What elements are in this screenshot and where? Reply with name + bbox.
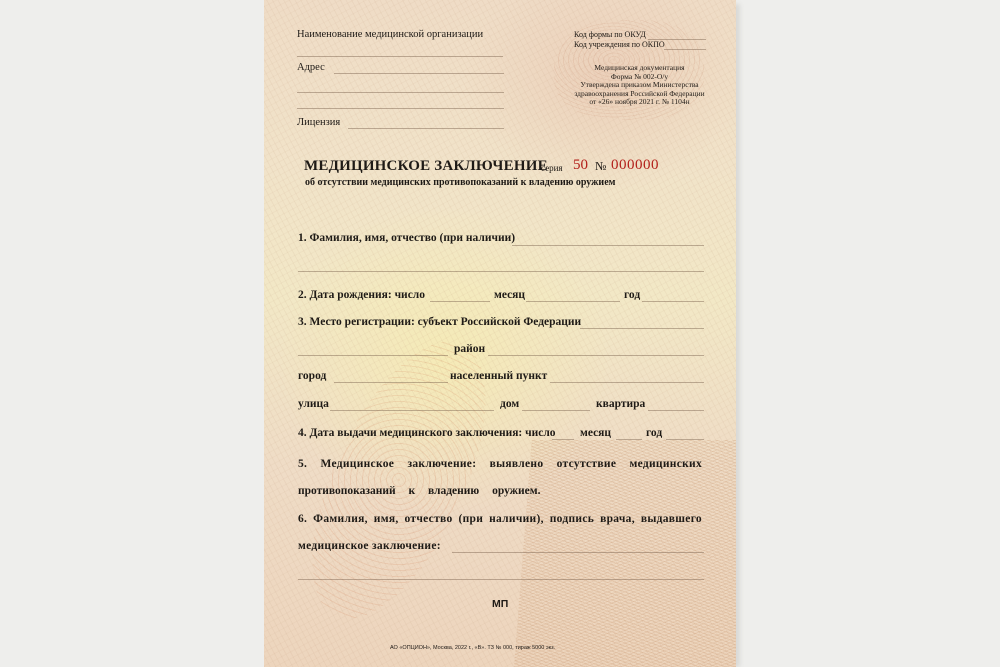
- printer-imprint: АО «ОПЦИОН», Москва, 2022 г., «В». ТЗ № …: [390, 645, 555, 651]
- issue-year-label: год: [646, 427, 662, 439]
- full-name-line-2[interactable]: [298, 271, 704, 272]
- document-title: МЕДИЦИНСКОЕ ЗАКЛЮЧЕНИЕ: [304, 158, 548, 175]
- document-subtitle: об отсутствии медицинских противопоказан…: [305, 177, 615, 188]
- address-label: Адрес: [297, 62, 325, 73]
- field-5-line-2: противопоказаний к владению оружием.: [298, 485, 540, 497]
- issue-month-label: месяц: [580, 427, 611, 439]
- stamp-placeholder: МП: [492, 598, 508, 610]
- settlement-label: населенный пункт: [450, 370, 547, 382]
- field-6-line-2: медицинское заключение:: [298, 540, 441, 552]
- form-info-block: Медицинская документация Форма № 002-О/у…: [552, 64, 727, 107]
- mesh-pattern: [514, 440, 736, 667]
- okpo-label: Код учреждения по ОКПО: [574, 40, 665, 49]
- apartment-line[interactable]: [648, 410, 704, 411]
- birth-year-label: год: [624, 289, 640, 301]
- full-name-line-1[interactable]: [512, 245, 704, 246]
- license-line[interactable]: [348, 128, 504, 129]
- doctor-signature-line-2[interactable]: [298, 579, 704, 580]
- org-name-label: Наименование медицинской организации: [297, 29, 483, 40]
- address-line-3[interactable]: [297, 108, 504, 109]
- birth-month-line[interactable]: [526, 301, 620, 302]
- birth-year-line[interactable]: [642, 301, 704, 302]
- medical-certificate-form: Наименование медицинской организации Адр…: [264, 0, 736, 667]
- field-3-label: 3. Место регистрации: субъект Российской…: [298, 316, 581, 328]
- address-line-1[interactable]: [334, 73, 504, 74]
- okud-label: Код формы по ОКУД: [574, 30, 646, 39]
- address-line-2[interactable]: [297, 92, 504, 93]
- field-5-line-1: 5. Медицинское заключение: выявлено отсу…: [298, 458, 702, 470]
- okpo-line[interactable]: [664, 49, 706, 50]
- field-2-label: 2. Дата рождения: число: [298, 289, 425, 301]
- district-line[interactable]: [488, 355, 704, 356]
- birth-month-label: месяц: [494, 289, 525, 301]
- series-value: 50: [573, 157, 588, 174]
- issue-year-line[interactable]: [666, 439, 704, 440]
- birth-day-line[interactable]: [430, 301, 490, 302]
- district-label: район: [454, 343, 485, 355]
- city-line[interactable]: [334, 382, 448, 383]
- region-line[interactable]: [580, 328, 704, 329]
- doctor-signature-line-1[interactable]: [452, 552, 704, 553]
- form-info-line: от «26» ноября 2021 г. № 1104н: [552, 98, 727, 107]
- issue-day-line[interactable]: [552, 439, 574, 440]
- city-label: город: [298, 370, 326, 382]
- settlement-line[interactable]: [550, 382, 704, 383]
- street-line[interactable]: [330, 410, 494, 411]
- house-line[interactable]: [522, 410, 590, 411]
- issue-month-line[interactable]: [616, 439, 642, 440]
- series-label: серия: [541, 163, 563, 173]
- number-sign: №: [595, 159, 606, 174]
- street-label: улица: [298, 398, 329, 410]
- field-1-label: 1. Фамилия, имя, отчество (при наличии): [298, 232, 515, 244]
- org-name-line[interactable]: [297, 56, 503, 57]
- field-4-label: 4. Дата выдачи медицинского заключения: …: [298, 427, 556, 439]
- region-line-2[interactable]: [298, 355, 448, 356]
- number-value: 000000: [611, 157, 659, 174]
- house-label: дом: [500, 398, 519, 410]
- apartment-label: квартира: [596, 398, 645, 410]
- license-label: Лицензия: [297, 117, 340, 128]
- field-6-line-1: 6. Фамилия, имя, отчество (при наличии),…: [298, 513, 702, 525]
- guilloche-pattern: [277, 317, 522, 644]
